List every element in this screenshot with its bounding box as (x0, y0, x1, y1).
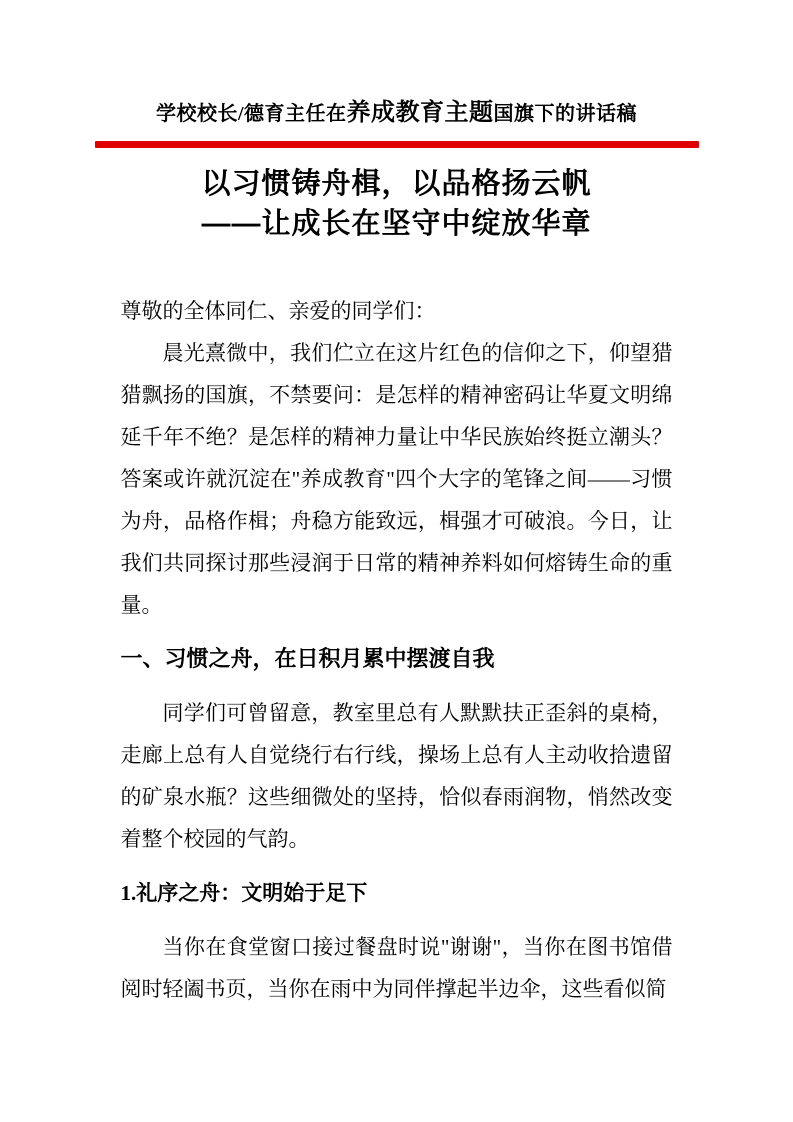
document-body: 尊敬的全体同仁、亲爱的同学们： 晨光熹微中，我们伫立在这片红色的信仰之下，仰望猎… (121, 290, 673, 1010)
title-line-2: ——让成长在坚守中绽放华章 (0, 204, 793, 244)
subsection-1-heading: 1.礼序之舟：文明始于足下 (121, 878, 673, 908)
header-suffix-text: 国旗下的讲话稿 (494, 103, 638, 125)
subsection-1-paragraph: 当你在食堂窗口接过餐盘时说"谢谢"，当你在图书馆借阅时轻阖书页，当你在雨中为同伴… (121, 926, 673, 1010)
header-highlight-text: 养成教育主题 (347, 99, 494, 126)
intro-paragraph: 晨光熹微中，我们伫立在这片红色的信仰之下，仰望猎猎飘扬的国旗，不禁要问：是怎样的… (121, 332, 673, 626)
header-prefix-text: 学校校长/德育主任在 (156, 103, 347, 125)
title-line-1: 以习惯铸舟楫，以品格扬云帆 (0, 164, 793, 204)
document-title: 以习惯铸舟楫，以品格扬云帆 ——让成长在坚守中绽放华章 (0, 164, 793, 244)
section-1-paragraph: 同学们可曾留意，教室里总有人默默扶正歪斜的桌椅，走廊上总有人自觉绕行右行线，操场… (121, 692, 673, 860)
salutation-paragraph: 尊敬的全体同仁、亲爱的同学们： (121, 290, 673, 332)
red-divider (95, 141, 699, 148)
document-page: 学校校长/德育主任在养成教育主题国旗下的讲话稿 以习惯铸舟楫，以品格扬云帆 ——… (0, 0, 793, 1122)
document-header: 学校校长/德育主任在养成教育主题国旗下的讲话稿 (0, 96, 793, 131)
section-1-heading: 一、习惯之舟，在日积月累中摆渡自我 (121, 644, 673, 674)
